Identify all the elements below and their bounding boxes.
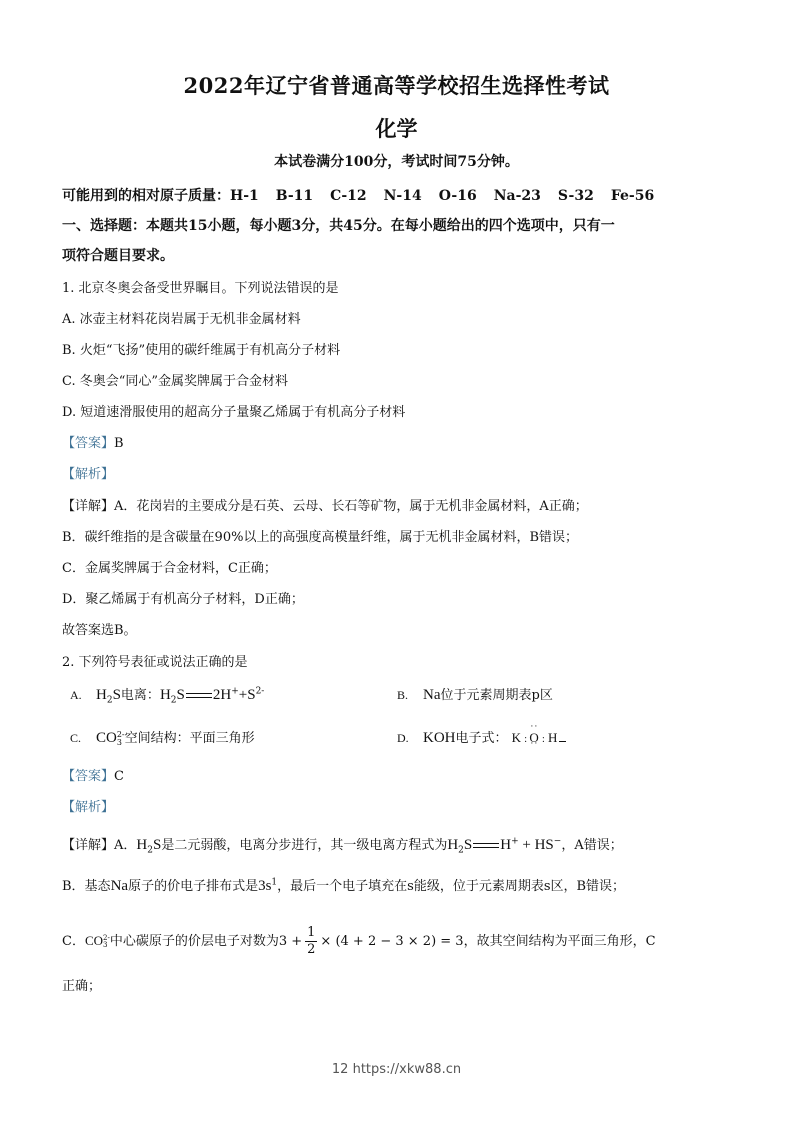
chem-text: KOH — [423, 730, 456, 746]
section-heading-line2: 项符合题目要求。 — [62, 245, 174, 265]
chem-text: Na — [423, 687, 441, 703]
option-text: 空间结构：平面三角形 — [125, 731, 255, 746]
page-footer: 12 https://xkw88.cn — [0, 1062, 793, 1077]
answer-value: B — [114, 436, 124, 451]
section-heading-line1: 一、选择题：本题共15小题，每小题3分，共45分。在每小题给出的四个选项中，只有… — [62, 215, 615, 235]
q2-analysis-tag: 【解析】 — [62, 796, 114, 815]
chem-text: Na — [111, 878, 129, 894]
q1-detail-c: C．金属奖牌属于合金材料，C正确； — [62, 557, 277, 576]
detail-text: 中心碳原子的价层电子对数为3 + — [110, 934, 302, 949]
chem-text: H — [136, 837, 147, 853]
mass-item: S-32 — [558, 188, 594, 204]
chem-text: 2H — [213, 687, 231, 703]
detail-text: × (4 + 2 − 3 × 2) = 3，故其空间结构为平面三角形，C — [320, 934, 655, 949]
option-label: A. — [70, 688, 96, 703]
answer-tag: 【答案】 — [62, 436, 114, 451]
mass-item: C-12 — [330, 188, 366, 204]
detail-text: 原子的价电子排布式是 — [128, 879, 258, 894]
q1-option-a: A. 冰壶主材料花岗岩属于无机非金属材料 — [62, 308, 301, 327]
q2-option-a: A.H2S电离：H2S2H++S2- — [70, 684, 264, 704]
chem-text: S — [464, 837, 472, 853]
option-label: B. — [397, 688, 423, 703]
chem-text: H — [500, 837, 511, 853]
mass-item: O-16 — [439, 188, 477, 204]
electron-pair-icon: : — [542, 734, 545, 745]
q2-stem: 2. 下列符号表征或说法正确的是 — [62, 651, 248, 670]
exam-note: 本试卷满分100分，考试时间75分钟。 — [0, 151, 793, 171]
q1-detail-a: 【详解】A．花岗岩的主要成分是石英、云母、长石等矿物，属于无机非金属材料，A正确… — [62, 495, 588, 514]
answer-value: C — [114, 769, 124, 784]
denominator: 2 — [305, 942, 317, 958]
q2-answer: 【答案】C — [62, 765, 124, 784]
q1-analysis-tag: 【解析】 — [62, 463, 114, 482]
q2-detail-a: 【详解】A．H2S是二元弱酸，电离分步进行，其一级电离方程式为H2SH+ + H… — [62, 834, 623, 854]
option-label: D. — [397, 731, 423, 746]
electron-pair-icon: ·· — [530, 721, 538, 731]
chem-text: H — [447, 837, 458, 853]
superscript: + — [511, 837, 519, 847]
q2-option-d: D.KOH电子式： K : ··O·· : H — [397, 727, 566, 747]
atom-k: K — [512, 730, 521, 745]
chem-text: S — [177, 687, 185, 703]
q1-option-c: C. 冬奥会“同心”金属奖牌属于合金材料 — [62, 370, 288, 389]
chem-text: CO — [96, 730, 117, 746]
chem-text: + HS — [519, 837, 554, 853]
atom-h: H — [548, 730, 557, 745]
mass-item: B-11 — [276, 188, 313, 204]
detail-text: ，最后一个电子填充在s能级，位于元素周期表s区，B错误； — [277, 879, 625, 894]
fraction: 12 — [305, 925, 317, 958]
equilibrium-arrow-icon — [473, 842, 499, 850]
q2-detail-b: B．基态Na原子的价电子排布式是3s1，最后一个电子填充在s能级，位于元素周期表… — [62, 875, 625, 895]
exam-title: 2022年辽宁省普通高等学校招生选择性考试 — [0, 70, 793, 100]
chem-text: S — [113, 687, 121, 703]
q1-detail-b: B．碳纤维指的是含碳量在90%以上的高强度高模量纤维，属于无机非金属材料，B错误… — [62, 526, 578, 545]
detail-text: ，A错误； — [561, 838, 622, 853]
q2-option-c: C.CO2-3空间结构：平面三角形 — [70, 727, 255, 747]
numerator: 1 — [305, 925, 317, 942]
superscript: 2- — [256, 687, 265, 697]
chem-text: 3s — [258, 878, 271, 894]
chem-text: H — [96, 687, 107, 703]
mass-item: Fe-56 — [611, 188, 654, 204]
mass-item: H-1 — [230, 188, 259, 204]
detail-prefix: 【详解】A． — [62, 838, 136, 853]
q1-answer: 【答案】B — [62, 432, 124, 451]
q1-conclusion: 故答案选B。 — [62, 619, 137, 638]
equilibrium-arrow-icon — [186, 692, 212, 700]
atomic-masses-label: 可能用到的相对原子质量： — [62, 188, 230, 204]
answer-tag: 【答案】 — [62, 769, 114, 784]
subscript: 3 — [103, 942, 110, 949]
detail-prefix: B．基态 — [62, 879, 111, 894]
electron-pair-icon: ·· — [530, 738, 538, 748]
detail-text: 是二元弱酸，电离分步进行，其一级电离方程式为 — [161, 838, 447, 853]
option-label: C. — [70, 731, 96, 746]
superscript: + — [231, 687, 239, 697]
q1-stem: 1. 北京冬奥会备受世界瞩目。下列说法错误的是 — [62, 277, 339, 296]
q2-option-b: B.Na位于元素周期表p区 — [397, 684, 553, 704]
electron-pair-icon: : — [524, 734, 526, 745]
q2-detail-c-line2: 正确； — [62, 975, 101, 994]
atomic-masses: 可能用到的相对原子质量：H-1B-11C-12N-14O-16Na-23S-32… — [62, 185, 654, 205]
electron-dot-formula: K : ··O·· : H — [512, 730, 567, 746]
q1-option-d: D. 短道速滑服使用的超高分子量聚乙烯属于有机高分子材料 — [62, 401, 405, 420]
option-text: 电离： — [121, 688, 160, 703]
chem-text: CO — [85, 933, 103, 948]
option-text: 位于元素周期表p区 — [441, 688, 553, 703]
chem-text: H — [160, 687, 171, 703]
subscript: 3 — [117, 739, 125, 747]
detail-prefix: C． — [62, 934, 85, 949]
subject-title: 化学 — [0, 113, 793, 143]
mass-item: N-14 — [384, 188, 422, 204]
chem-text: +S — [239, 687, 256, 703]
option-text: 电子式： — [456, 731, 508, 746]
mass-item: Na-23 — [494, 188, 541, 204]
q1-detail-d: D．聚乙烯属于有机高分子材料，D正确； — [62, 588, 304, 607]
q2-detail-c: C．CO2-3中心碳原子的价层电子对数为3 +12× (4 + 2 − 3 × … — [62, 925, 656, 958]
q1-option-b: B. 火炬“飞扬”使用的碳纤维属于有机高分子材料 — [62, 339, 340, 358]
underscore-mark — [559, 741, 566, 742]
